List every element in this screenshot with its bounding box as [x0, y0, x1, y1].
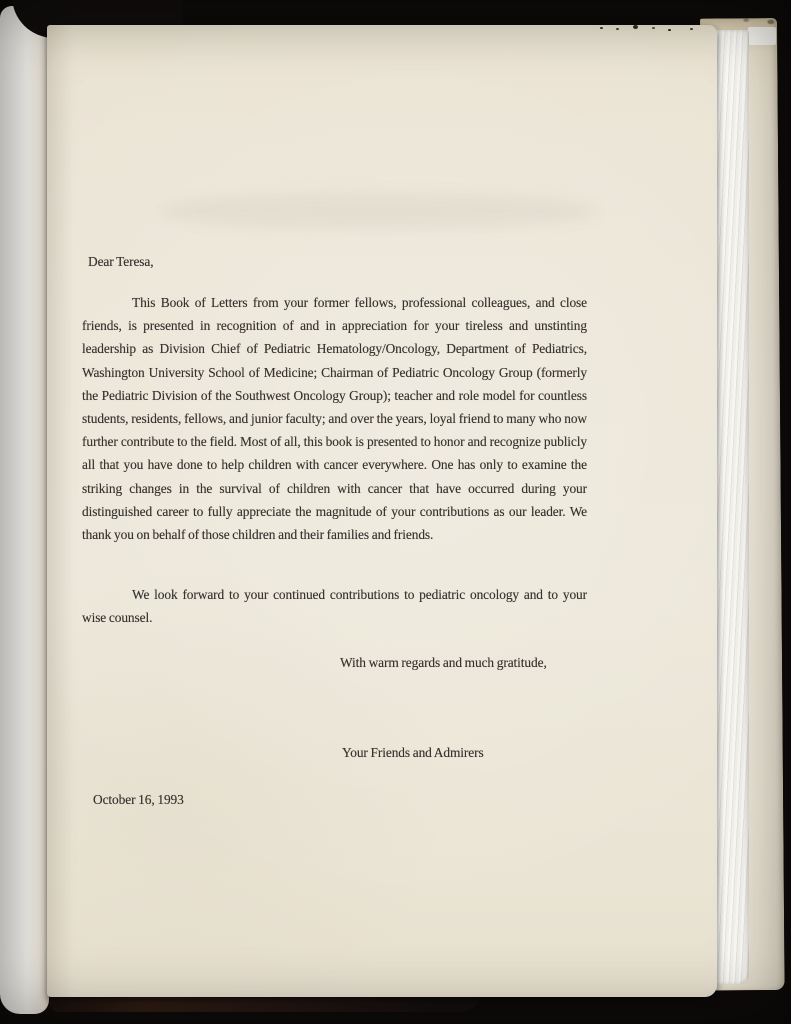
letter-page: Dear Teresa, This Book of Letters from y… [47, 25, 717, 997]
letter-paragraph-2: We look forward to your continued contri… [82, 583, 587, 629]
facing-page-edge [0, 6, 49, 1014]
date-line: October 16, 1993 [93, 788, 184, 811]
page-corner-step [748, 27, 776, 45]
deckle-specks [600, 27, 603, 29]
closing-line: With warm regards and much gratitude, [340, 651, 547, 674]
show-through-smudge [157, 193, 597, 229]
book-photograph: Dear Teresa, This Book of Letters from y… [0, 0, 791, 1024]
signature-line: Your Friends and Admirers [342, 741, 484, 764]
page-stack-fore-edge [716, 30, 749, 984]
letter-paragraph-1: This Book of Letters from your former fe… [82, 291, 587, 546]
salutation: Dear Teresa, [88, 250, 154, 273]
